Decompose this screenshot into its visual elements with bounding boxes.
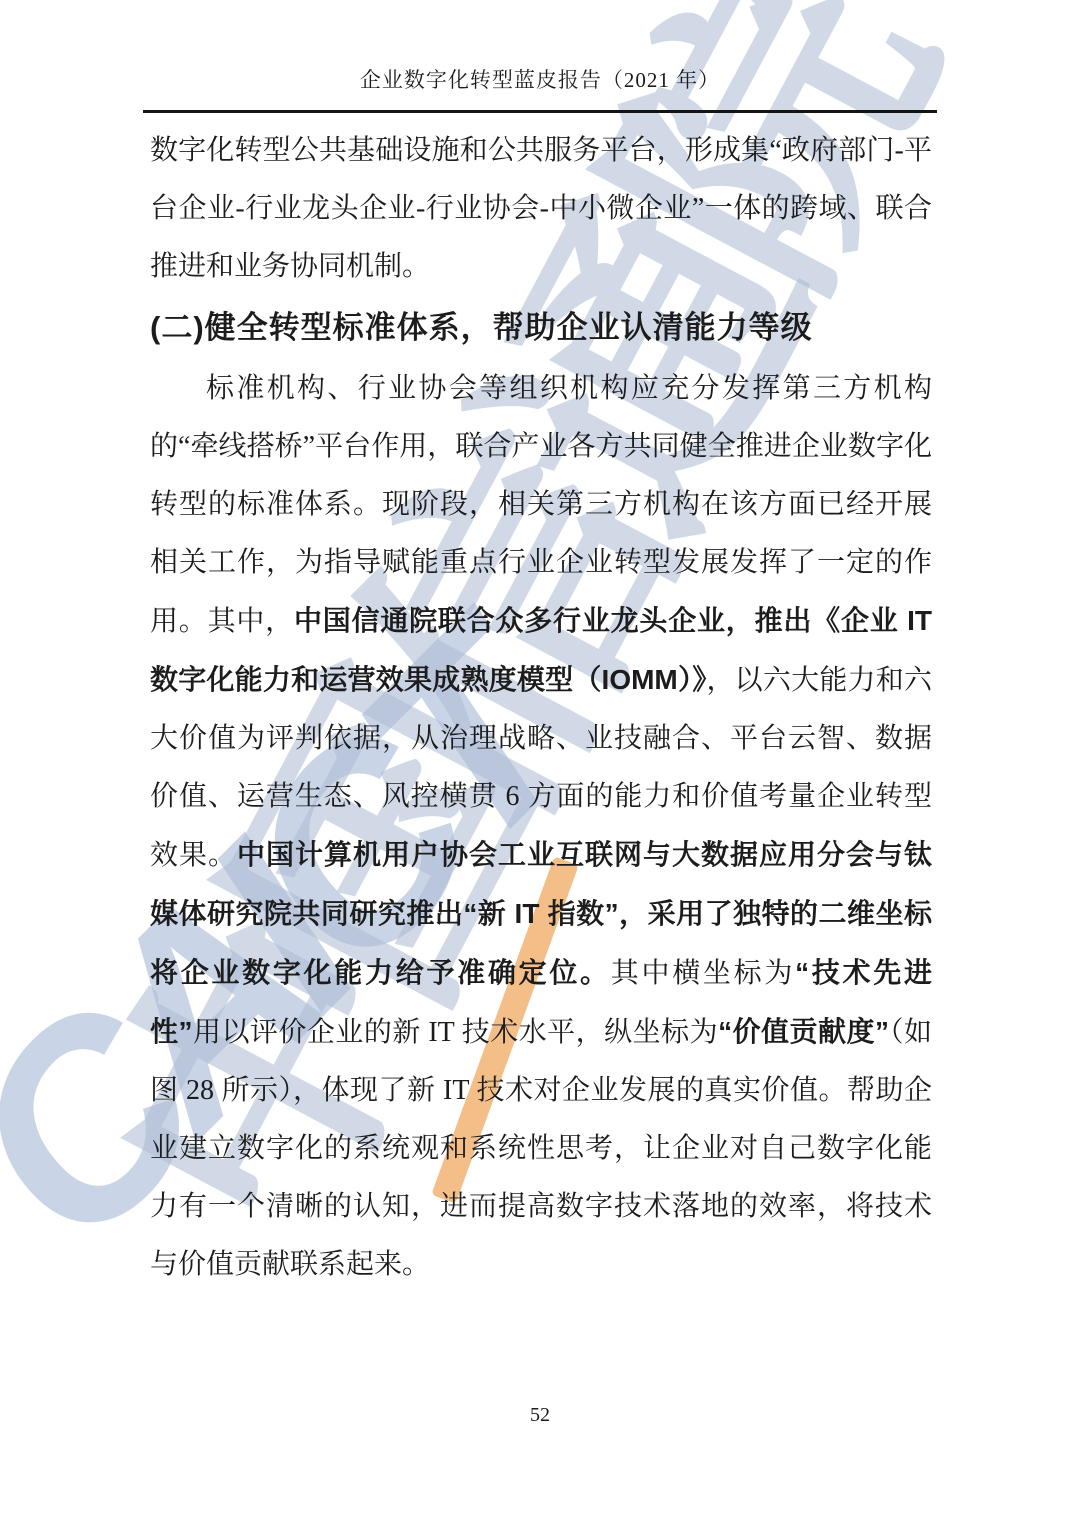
page-body: 数字化转型公共基础设施和公共服务平台，形成集“政府部门-平台企业-行业龙头企业-… bbox=[150, 122, 932, 1294]
text-run: 用以评价企业的新 IT 技术水平，纵坐标为 bbox=[192, 1017, 718, 1048]
text-run: 数字化转型公共基础设施和公共服务平台，形成集“政府部门-平台企业-行业龙头企业-… bbox=[150, 135, 932, 282]
page-number: 52 bbox=[0, 1404, 1080, 1427]
text-run: （如图 28 所示），体现了新 IT 技术对企业发展的真实价值。帮助企业建立数字… bbox=[150, 1017, 932, 1280]
running-header-title: 企业数字化转型蓝皮报告（2021 年） bbox=[0, 64, 1080, 94]
body-paragraph: 数字化转型公共基础设施和公共服务平台，形成集“政府部门-平台企业-行业龙头企业-… bbox=[150, 122, 932, 296]
bold-text-run: (二)健全转型标准体系，帮助企业认清能力等级 bbox=[150, 310, 813, 345]
body-paragraph: 标准机构、行业协会等组织机构应充分发挥第三方机构的“牵线搭桥”平台作用，联合产业… bbox=[150, 360, 932, 1294]
report-page: CAICT 中国信通院 企业数字化转型蓝皮报告（2021 年） 数字化转型公共基… bbox=[0, 0, 1080, 1527]
text-run: 其中横坐标为 bbox=[611, 958, 795, 989]
header-divider bbox=[143, 110, 937, 113]
text-run: 标准机构、行业协会等组织机构应充分发挥第三方机构的“牵线搭桥”平台作用，联合产业… bbox=[150, 373, 932, 637]
bold-text-run: “价值贡献度” bbox=[718, 1016, 889, 1047]
section-heading: (二)健全转型标准体系，帮助企业认清能力等级 bbox=[150, 296, 932, 360]
